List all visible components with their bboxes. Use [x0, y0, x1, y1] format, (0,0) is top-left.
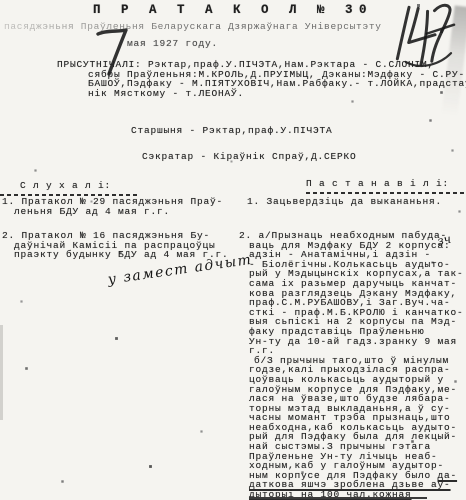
text-line: Ун-ту да 10-ай гадз.зранку 9 мая [249, 337, 465, 347]
column-header-resolved: П а с т а н а в і л і: [306, 179, 449, 189]
chairman-line: Старшыня - Рэктар,праф.У.ПІЧЭТА [131, 126, 333, 136]
paper-noise [0, 0, 1, 1]
text-line: леньня БДУ ад 4 мая г.г. [14, 207, 234, 217]
date-line: мая 1927 году. [127, 39, 218, 49]
column-header-heard: С л у х а л і: [20, 181, 111, 191]
resolved-item-1: 1. Зацьвердзіць да выкананьня. [247, 197, 442, 207]
underline-fragment [249, 497, 427, 499]
scan-edge-artifact [0, 325, 3, 420]
attendees-line: нік Мясткому - т.ЛЕОНАЎ. [88, 89, 462, 99]
attendees-block: ПРЫСУТНІЧАЛІ: Рэктар,праф.У.ПІЧЭТА,Нам.Р… [57, 60, 462, 98]
secretary-line: Сэкратар - Кіраўнік Спраў,Д.СЕРКО [142, 152, 357, 162]
scanned-protocol-page: П Р А Т А К О Л № 30 пасяджэньня Праўлен… [0, 0, 466, 500]
dashed-divider [306, 192, 464, 194]
heard-item-2: 2. Пратакол № 16 пасяджэньня Бу- даўніча… [2, 231, 234, 260]
resolved-item-2: 2. а/Прызнаць неабходным пабуда- ваць дл… [239, 231, 465, 500]
heard-item-1: 1. Пратакол № 29 пасяджэньня Праў- леньн… [2, 197, 234, 216]
handwritten-correction-mark: зч [436, 232, 453, 249]
